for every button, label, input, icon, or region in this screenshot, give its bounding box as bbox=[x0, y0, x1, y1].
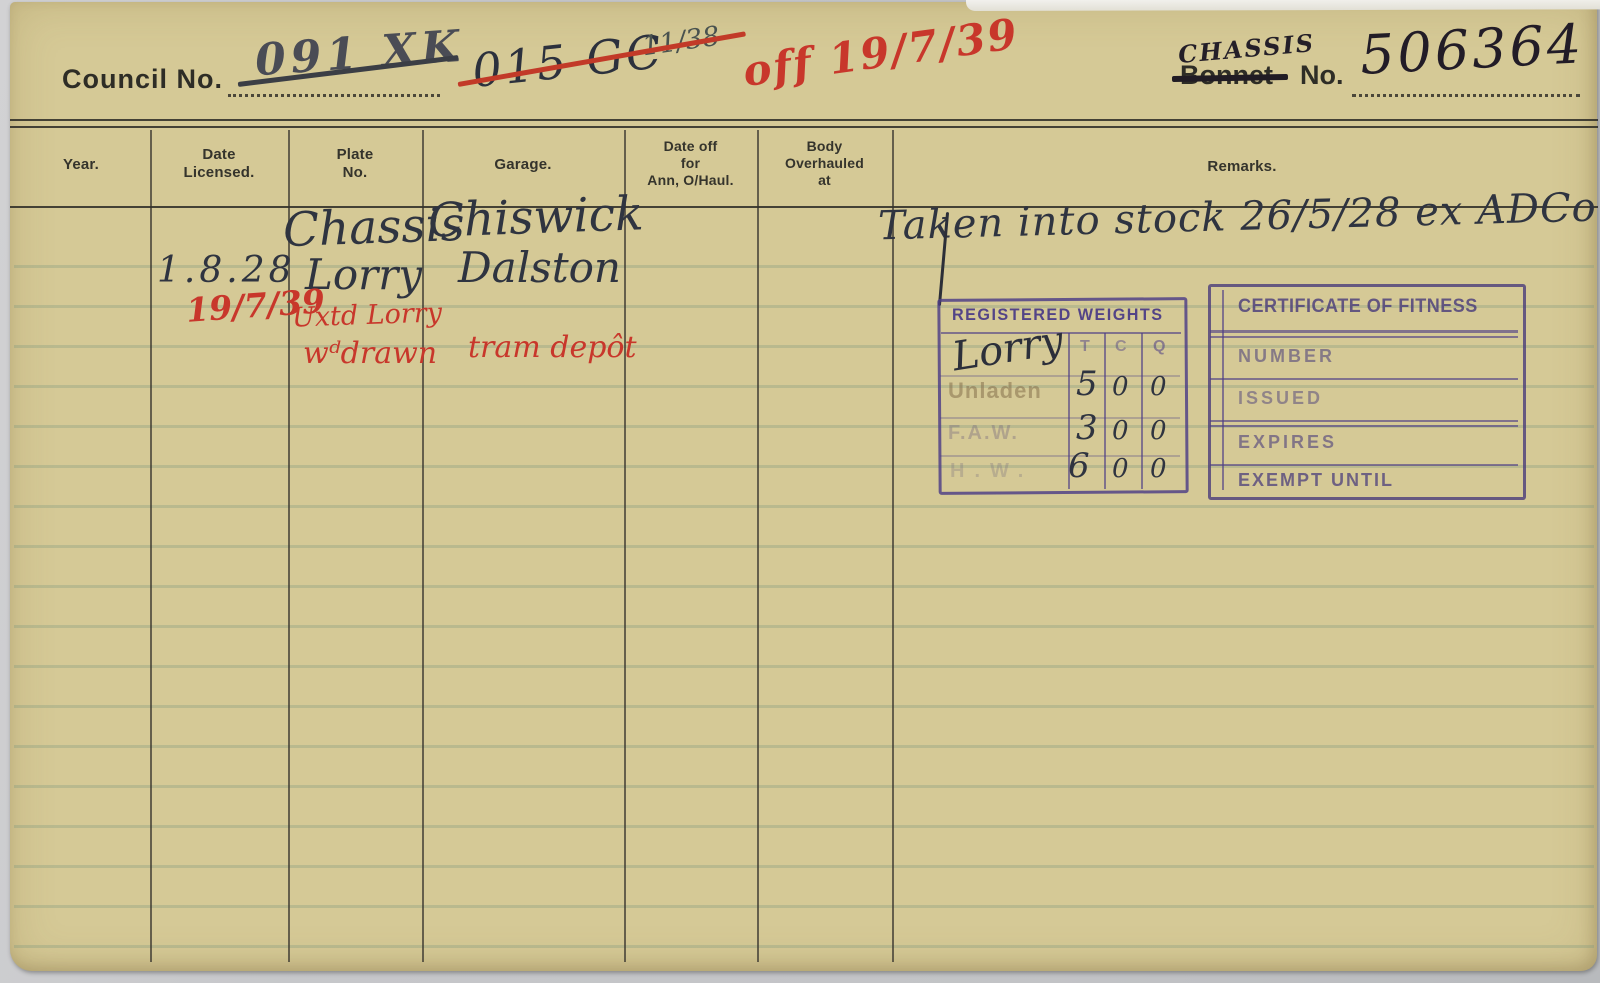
weights-unit-qtr: Q bbox=[1153, 338, 1165, 356]
column-header-garage: Garage. bbox=[422, 156, 624, 174]
column-header-body-overhauled: BodyOverhauledat bbox=[757, 138, 892, 189]
certificate-title-rule1 bbox=[1210, 330, 1518, 333]
record-card-photo: Council No. 091 XK 015 GC 11/38 off 19/7… bbox=[0, 0, 1600, 983]
column-header-plate-no: PlateNo. bbox=[288, 146, 422, 182]
certificate-row-rule bbox=[1210, 464, 1518, 466]
certificate-inner-vline bbox=[1222, 290, 1224, 490]
certificate-row-issued: ISSUED bbox=[1238, 388, 1323, 409]
weights-unit-cwt: C bbox=[1115, 338, 1127, 356]
entry-garage-line1: Chiswick bbox=[427, 186, 644, 248]
column-header-year: Year. bbox=[12, 156, 150, 174]
column-divider bbox=[624, 130, 626, 962]
certificate-title-rule2 bbox=[1210, 336, 1518, 338]
certificate-title: CERTIFICATE OF FITNESS bbox=[1238, 296, 1478, 318]
weights-row-label-hw: H.W. bbox=[950, 460, 1033, 483]
column-divider bbox=[150, 130, 152, 962]
weights-faw-c: 0 bbox=[1112, 416, 1129, 446]
chassis-no-dotted-line bbox=[1352, 94, 1580, 97]
weights-row-label-unladen: Unladen bbox=[948, 378, 1042, 404]
weights-unladen-q: 0 bbox=[1150, 372, 1167, 402]
column-header-date-licensed: DateLicensed. bbox=[150, 146, 288, 182]
red-note-depot: tram depôt bbox=[468, 330, 637, 365]
weights-faw-t: 3 bbox=[1076, 408, 1098, 448]
weights-faw-q: 0 bbox=[1150, 416, 1167, 446]
header-double-rule-bottom bbox=[10, 126, 1598, 128]
weights-unladen-t: 5 bbox=[1076, 364, 1098, 404]
certificate-row-expires: EXPIRES bbox=[1238, 432, 1337, 453]
column-divider bbox=[422, 130, 424, 962]
column-header-remarks: Remarks. bbox=[892, 158, 1592, 176]
council-no-dotted-line bbox=[228, 94, 440, 97]
entry-garage-line2: Dalston bbox=[458, 243, 621, 292]
weights-unit-tons: T bbox=[1080, 338, 1090, 356]
certificate-row-exempt: EXEMPT UNTIL bbox=[1238, 470, 1394, 491]
weights-grid-hline bbox=[940, 455, 1180, 457]
column-header-date-off: Date offforAnn, O/Haul. bbox=[624, 138, 757, 189]
column-divider bbox=[892, 130, 894, 962]
torn-top-edge bbox=[966, 0, 1600, 11]
chassis-no-value: 506364 bbox=[1359, 12, 1586, 87]
red-note-withdrawn: wᵈdrawn bbox=[303, 336, 437, 371]
weights-unladen-c: 0 bbox=[1112, 372, 1129, 402]
certificate-row-rule bbox=[1210, 420, 1518, 422]
council-no-label: Council No. bbox=[62, 64, 223, 95]
weights-grid-hline bbox=[940, 417, 1180, 419]
red-note-text: Uxtd Lorry bbox=[292, 297, 443, 333]
weights-grid-vline bbox=[1104, 333, 1106, 489]
certificate-row-rule bbox=[1210, 378, 1518, 380]
weights-hw-t: 6 bbox=[1068, 446, 1090, 486]
chassis-no-label: No. bbox=[1300, 60, 1344, 91]
weights-hw-c: 0 bbox=[1112, 454, 1129, 484]
weights-row-label-faw: F.A.W. bbox=[948, 422, 1019, 445]
weights-grid-vline bbox=[1141, 333, 1143, 489]
column-divider bbox=[757, 130, 759, 962]
header-double-rule-top bbox=[10, 119, 1598, 121]
certificate-row-rule bbox=[1210, 425, 1518, 427]
certificate-row-number: NUMBER bbox=[1238, 346, 1335, 367]
weights-hw-q: 0 bbox=[1150, 454, 1167, 484]
